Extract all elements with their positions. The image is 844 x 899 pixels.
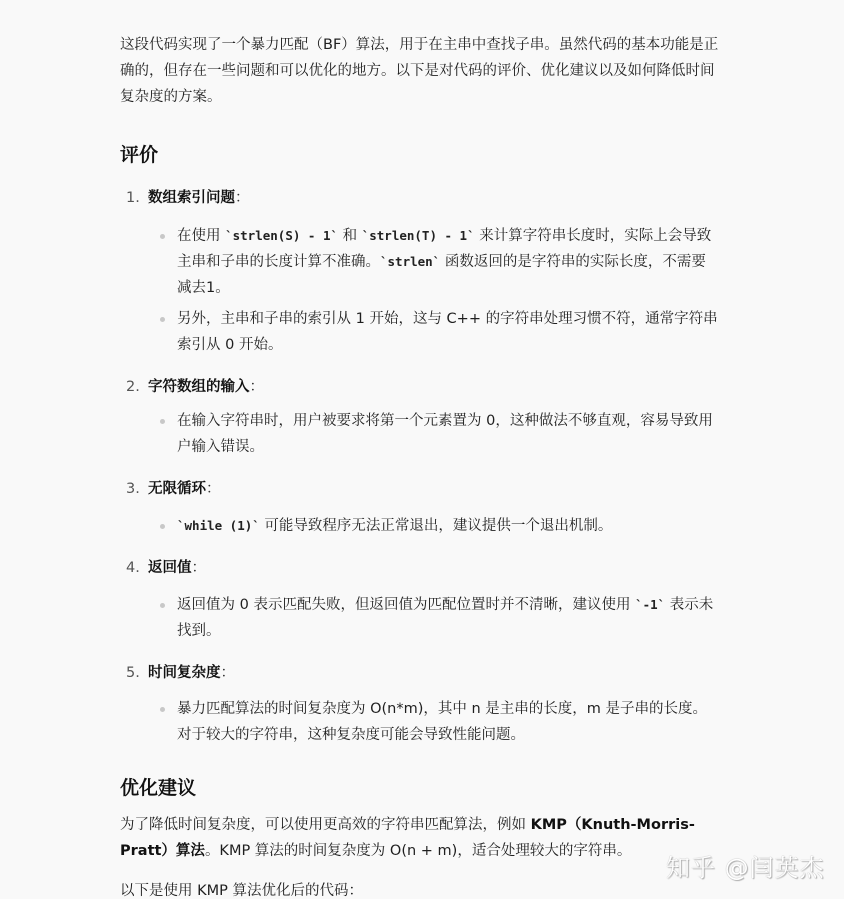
evaluation-item-header: 2.字符数组的输入：: [120, 374, 720, 400]
bullet-list: 返回值为 0 表示匹配失败，但返回值为匹配位置时并不清晰，建议使用 `-1` 表…: [120, 592, 720, 644]
bullet-item: 另外，主串和子串的索引从 1 开始，这与 C++ 的字符串处理习惯不符，通常字符…: [120, 306, 720, 358]
item-title: 时间复杂度: [148, 665, 221, 681]
inline-code: `strlen`: [380, 254, 440, 269]
bullet-list: `while (1)` 可能导致程序无法正常退出，建议提供一个退出机制。: [120, 513, 720, 539]
item-colon: ：: [221, 665, 236, 681]
optimization-paragraph: 为了降低时间复杂度，可以使用更高效的字符串匹配算法，例如 KMP（Knuth-M…: [120, 812, 720, 864]
bullet-dot-icon: [160, 317, 165, 322]
item-number: 4.: [126, 555, 140, 581]
evaluation-item: 4.返回值： 返回值为 0 表示匹配失败，但返回值为匹配位置时并不清晰，建议使用…: [120, 555, 720, 644]
evaluation-item: 1.数组索引问题： 在使用 `strlen(S) - 1` 和 `strlen(…: [120, 185, 720, 358]
bullet-dot-icon: [160, 707, 165, 712]
evaluation-item-header: 4.返回值：: [120, 555, 720, 581]
item-title: 字符数组的输入: [148, 379, 250, 395]
bullet-list: 在输入字符串时，用户被要求将第一个元素置为 0，这种做法不够直观，容易导致用户输…: [120, 408, 720, 460]
bullet-item: 在输入字符串时，用户被要求将第一个元素置为 0，这种做法不够直观，容易导致用户输…: [120, 408, 720, 460]
text-span: 。KMP 算法的时间复杂度为 O(n + m)，适合处理较大的字符串。: [205, 843, 631, 859]
bullet-dot-icon: [160, 419, 165, 424]
item-colon: ：: [192, 560, 207, 576]
evaluation-heading: 评价: [120, 141, 720, 169]
item-colon: ：: [206, 481, 221, 497]
item-number: 5.: [126, 660, 140, 686]
text-span: 在输入字符串时，用户被要求将第一个元素置为 0，这种做法不够直观，容易导致用户输…: [177, 413, 713, 455]
article-content: 这段代码实现了一个暴力匹配（BF）算法，用于在主串中查找子串。虽然代码的基本功能…: [120, 32, 720, 899]
evaluation-item: 3.无限循环： `while (1)` 可能导致程序无法正常退出，建议提供一个退…: [120, 476, 720, 539]
item-colon: ：: [235, 190, 250, 206]
text-span: 在使用: [177, 228, 225, 244]
inline-code: `strlen(T) - 1`: [362, 228, 475, 243]
bullet-list: 在使用 `strlen(S) - 1` 和 `strlen(T) - 1` 来计…: [120, 223, 720, 358]
item-title: 返回值: [148, 560, 192, 576]
text-span: 和: [338, 228, 362, 244]
bullet-item: `while (1)` 可能导致程序无法正常退出，建议提供一个退出机制。: [120, 513, 720, 539]
evaluation-item-header: 3.无限循环：: [120, 476, 720, 502]
bullet-item: 返回值为 0 表示匹配失败，但返回值为匹配位置时并不清晰，建议使用 `-1` 表…: [120, 592, 720, 644]
text-span: 另外，主串和子串的索引从 1 开始，这与 C++ 的字符串处理习惯不符，通常字符…: [177, 311, 718, 353]
inline-code: `while (1)`: [177, 518, 260, 533]
item-number: 2.: [126, 374, 140, 400]
bullet-dot-icon: [160, 524, 165, 529]
inline-code: `-1`: [635, 597, 665, 612]
bullet-dot-icon: [160, 603, 165, 608]
evaluation-item: 2.字符数组的输入： 在输入字符串时，用户被要求将第一个元素置为 0，这种做法不…: [120, 374, 720, 460]
bullet-dot-icon: [160, 234, 165, 239]
optimization-heading: 优化建议: [120, 774, 720, 802]
intro-paragraph: 这段代码实现了一个暴力匹配（BF）算法，用于在主串中查找子串。虽然代码的基本功能…: [120, 32, 720, 110]
item-colon: ：: [250, 379, 265, 395]
evaluation-item-header: 5.时间复杂度：: [120, 660, 720, 686]
bullet-list: 暴力匹配算法的时间复杂度为 O(n*m)，其中 n 是主串的长度，m 是子串的长…: [120, 696, 720, 748]
bullet-item: 暴力匹配算法的时间复杂度为 O(n*m)，其中 n 是主串的长度，m 是子串的长…: [120, 696, 720, 748]
item-title: 数组索引问题: [148, 190, 235, 206]
text-span: 暴力匹配算法的时间复杂度为 O(n*m)，其中 n 是主串的长度，m 是子串的长…: [177, 701, 707, 743]
evaluation-list: 1.数组索引问题： 在使用 `strlen(S) - 1` 和 `strlen(…: [120, 185, 720, 748]
code-intro-paragraph: 以下是使用 KMP 算法优化后的代码：: [120, 878, 720, 899]
item-title: 无限循环: [148, 481, 206, 497]
watermark: 知乎 @闫英杰: [666, 848, 825, 883]
inline-code: `strlen(S) - 1`: [225, 228, 338, 243]
evaluation-item: 5.时间复杂度： 暴力匹配算法的时间复杂度为 O(n*m)，其中 n 是主串的长…: [120, 660, 720, 748]
bullet-item: 在使用 `strlen(S) - 1` 和 `strlen(T) - 1` 来计…: [120, 223, 720, 301]
item-number: 3.: [126, 476, 140, 502]
text-span: 返回值为 0 表示匹配失败，但返回值为匹配位置时并不清晰，建议使用: [177, 597, 635, 613]
item-number: 1.: [126, 185, 140, 211]
text-span: 可能导致程序无法正常退出，建议提供一个退出机制。: [260, 518, 613, 534]
evaluation-item-header: 1.数组索引问题：: [120, 185, 720, 211]
text-span: 为了降低时间复杂度，可以使用更高效的字符串匹配算法，例如: [120, 817, 531, 833]
